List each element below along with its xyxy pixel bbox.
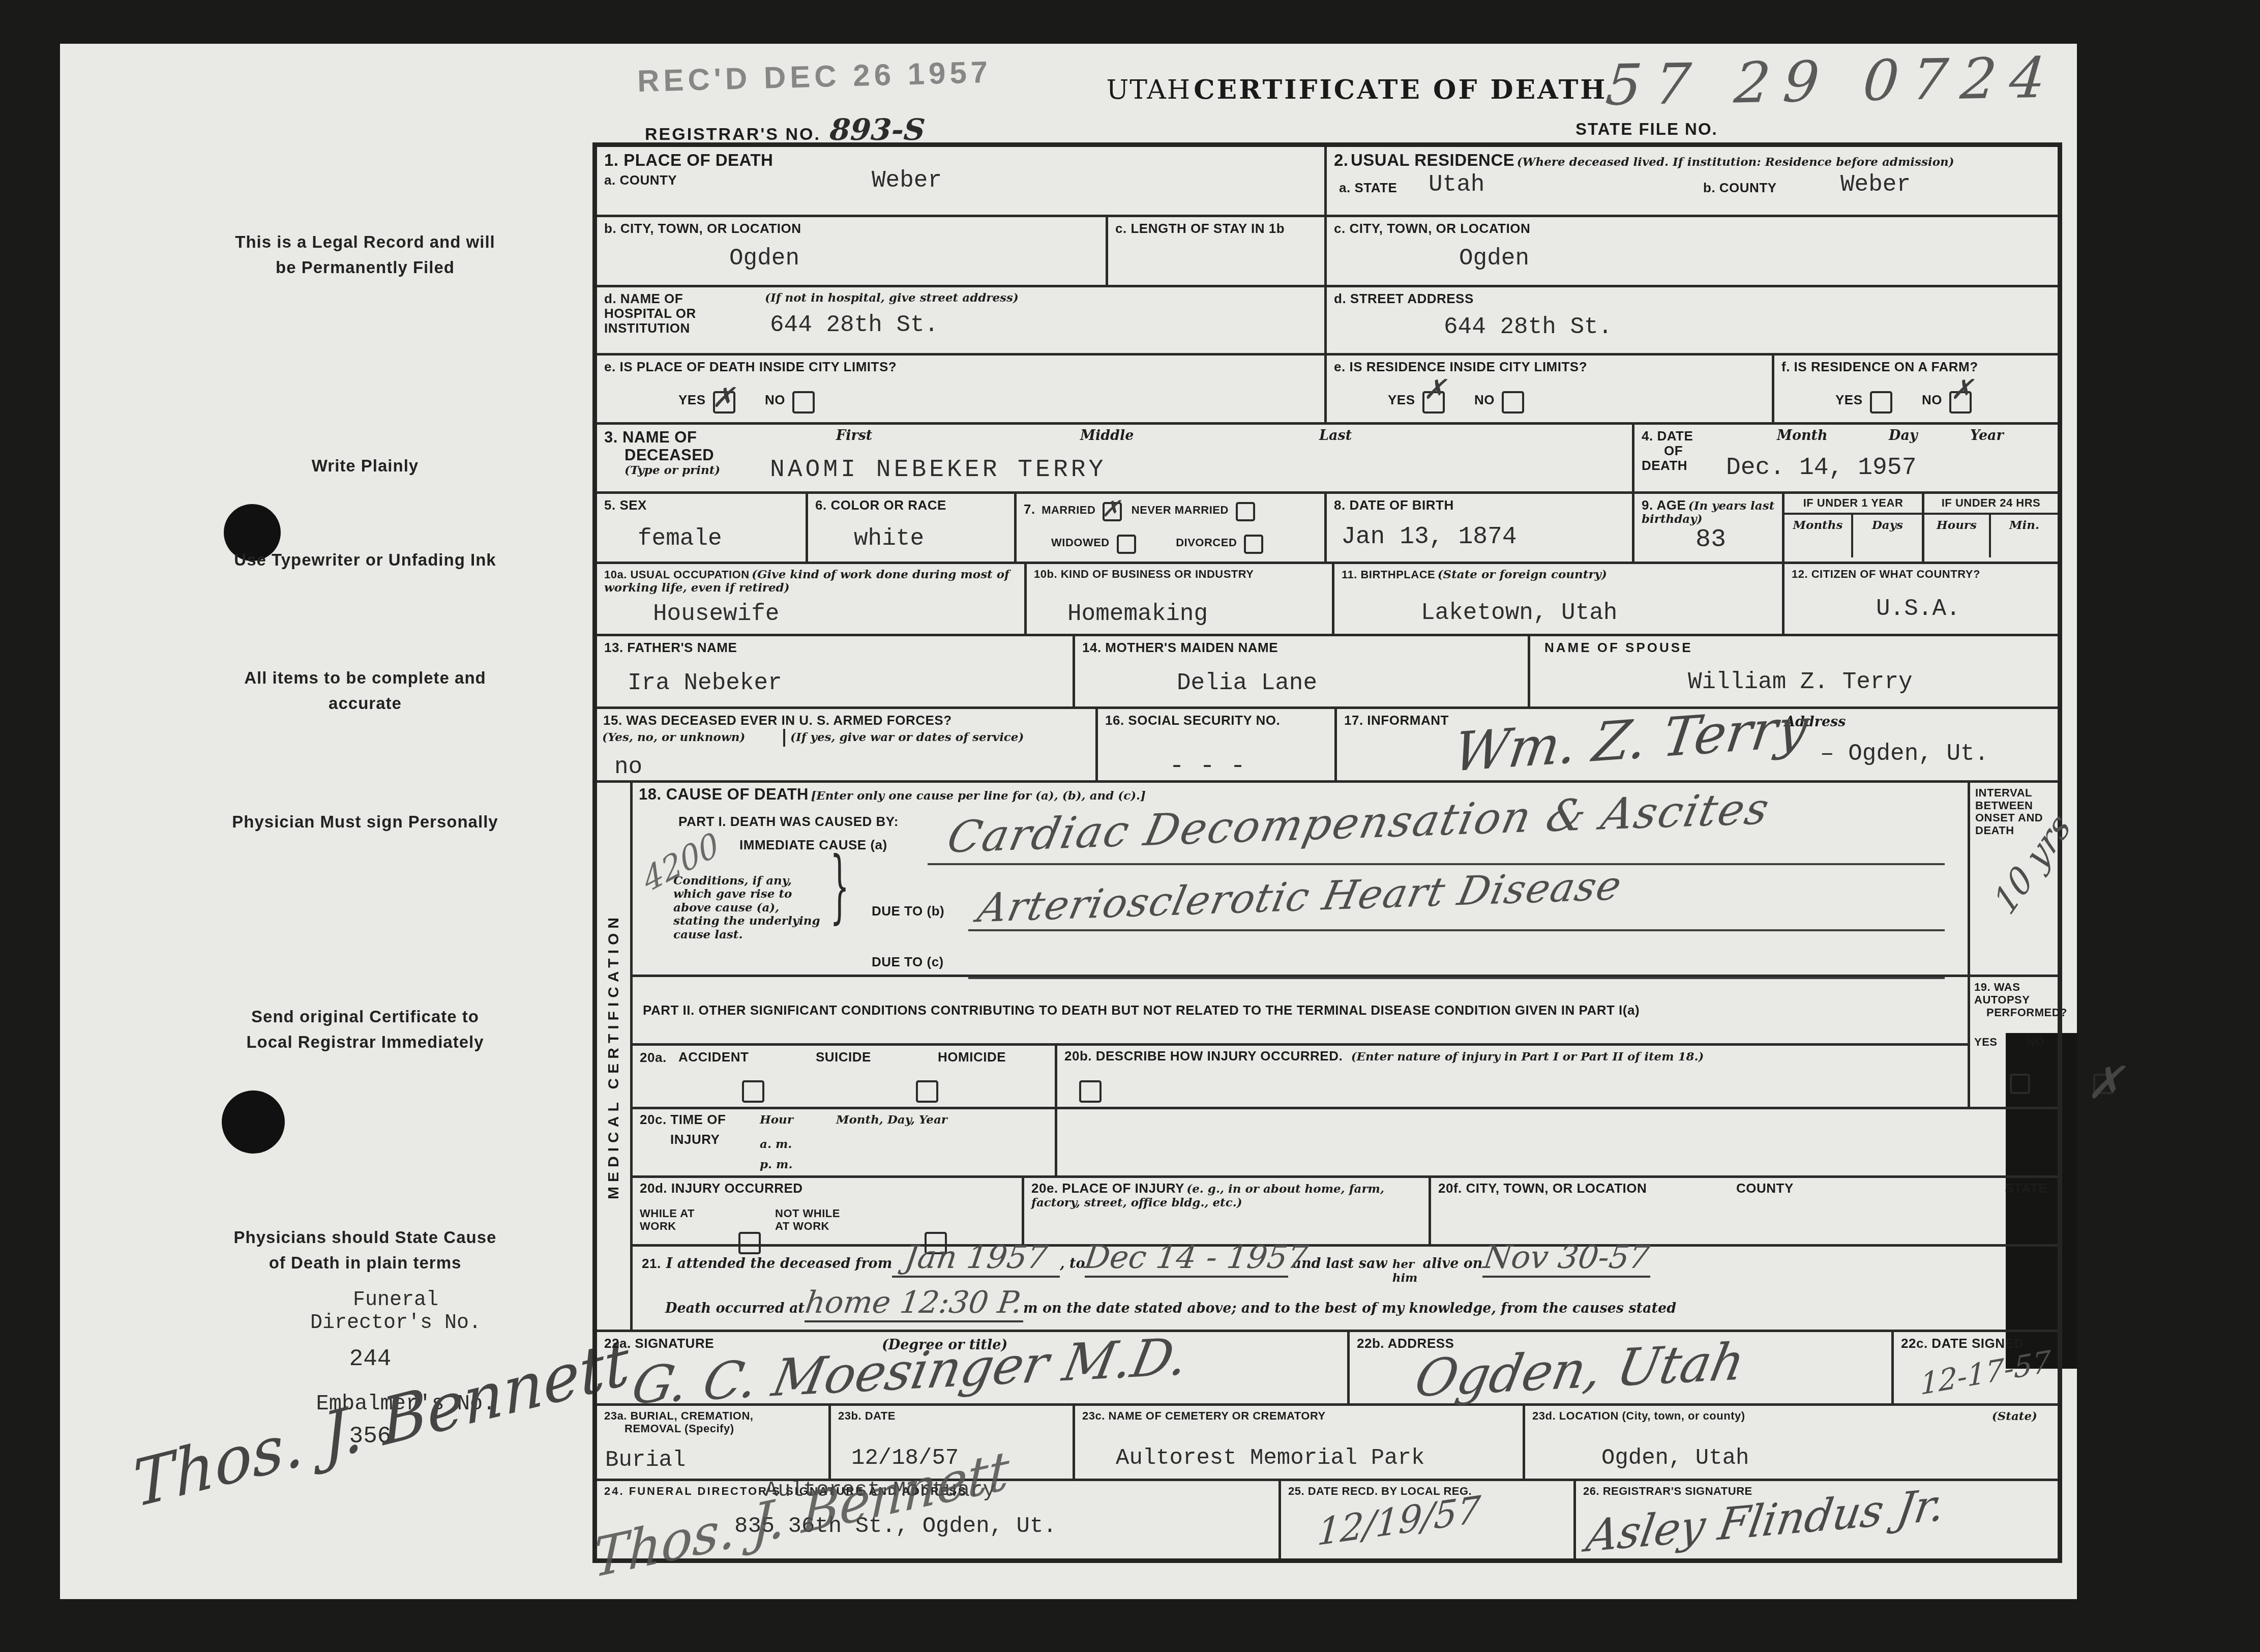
residence-city-value: Ogden bbox=[1459, 245, 1529, 272]
cause-b-line bbox=[968, 929, 1945, 931]
spouse-name-value: William Z. Terry bbox=[1688, 669, 1913, 695]
brace-glyph: } bbox=[830, 841, 849, 933]
form-title-state: UTAH bbox=[1107, 75, 1192, 105]
sex-value: female bbox=[638, 525, 722, 552]
autopsy-yes-checkbox bbox=[2010, 1074, 2030, 1094]
county-label: a. COUNTY bbox=[604, 173, 1317, 188]
due-to-b-value: Arteriosclerotic Heart Disease bbox=[974, 863, 1626, 932]
field-date-received: 25. DATE RECD. BY LOCAL REG. 12/19/57 bbox=[1281, 1481, 1576, 1558]
part2-and-injury-block: PART II. OTHER SIGNIFICANT CONDITIONS CO… bbox=[633, 977, 2058, 1109]
field-birthplace: 11. BIRTHPLACE (State or foreign country… bbox=[1334, 564, 1785, 634]
margin-note-write-plainly: Write Plainly bbox=[228, 453, 502, 479]
field-usual-occupation: 10a. USUAL OCCUPATION (Give kind of work… bbox=[597, 564, 1027, 634]
cemetery-name-value: Aultorest Memorial Park bbox=[1116, 1445, 1424, 1471]
date-of-death-value: Dec. 14, 1957 bbox=[1726, 454, 1916, 482]
injury-county-label: COUNTY bbox=[1736, 1181, 1794, 1196]
row-physician-signature: 22a. SIGNATURE (Degree or title) G. C. M… bbox=[597, 1332, 2058, 1406]
field-date-signed: 22c. DATE SIGNED 12-17-57 bbox=[1894, 1332, 2058, 1403]
field-attended-statement: 21. I attended the deceased from Jan 195… bbox=[633, 1247, 2058, 1330]
farm-yes-checkbox bbox=[1870, 391, 1892, 414]
her-him-stack: her him bbox=[1392, 1258, 1418, 1285]
row-injury-place: 20d. INJURY OCCURRED WHILE ATWORK NOT WH… bbox=[633, 1178, 2058, 1247]
margin-note-legal-record: This is a Legal Record and will be Perma… bbox=[228, 229, 502, 280]
field-marital-status: 7. MARRIED✗ NEVER MARRIED WIDOWED DIVORC… bbox=[1017, 494, 1327, 562]
field-residence-city: c. CITY, TOWN, OR LOCATION Ogden bbox=[1327, 217, 2058, 285]
state-note: (State) bbox=[1992, 1410, 2037, 1423]
medical-certification-vertical-label: MEDICAL CERTIFICATION bbox=[605, 913, 622, 1199]
race-value: white bbox=[854, 525, 924, 552]
field-cemetery-location: 23d. LOCATION (City, town, or county) (S… bbox=[1525, 1406, 2058, 1479]
row-place-residence: 1. PLACE OF DEATH a. COUNTY Weber 2. USU… bbox=[597, 147, 2058, 217]
field-place-of-injury: 20e. PLACE OF INJURY (e. g., in or about… bbox=[1024, 1178, 1431, 1244]
hours-subheader: Hours bbox=[1924, 515, 1991, 557]
row-funeral-registrar: 24. FUNERAL DIRECTOR'S SIGNATURE AND ADD… bbox=[597, 1481, 2058, 1558]
burial-type-value: Burial bbox=[605, 1448, 686, 1473]
funeral-director-no-label: Funeral Director's No. bbox=[279, 1289, 513, 1335]
place-city-value: Ogden bbox=[729, 245, 799, 272]
margin-note-typewriter: Use Typewriter or Unfading Ink bbox=[228, 547, 502, 573]
deceased-name-value: NAOMI NEBEKER TERRY bbox=[770, 456, 1106, 484]
row-forces-ssn-informant: 15. WAS DECEASED EVER IN U. S. ARMED FOR… bbox=[597, 709, 2058, 783]
married-checkbox: ✗ bbox=[1103, 502, 1122, 521]
birthplace-value: Laketown, Utah bbox=[1421, 600, 1617, 626]
row-demographics: 5. SEX female 6. COLOR OR RACE white 7. … bbox=[597, 494, 2058, 564]
field-usual-residence: 2. USUAL RESIDENCE (Where deceased lived… bbox=[1327, 147, 2058, 215]
cemetery-location-value: Ogden, Utah bbox=[1601, 1445, 1749, 1471]
father-name-value: Ira Nebeker bbox=[628, 670, 782, 696]
row-burial: 23a. BURIAL, CREMATION, REMOVAL (Specify… bbox=[597, 1406, 2058, 1481]
informant-address-value: – Ogden, Ut. bbox=[1820, 741, 1988, 767]
x-mark-icon: ✗ bbox=[1423, 376, 1446, 403]
field-citizen-country: 12. CITIZEN OF WHAT COUNTRY? U.S.A. bbox=[1785, 564, 2058, 634]
field-color-race: 6. COLOR OR RACE white bbox=[808, 494, 1017, 562]
field-interval-onset-death: INTERVAL BETWEEN ONSET AND DEATH 10 yrs bbox=[1968, 783, 2058, 975]
row-city-limits: e. IS PLACE OF DEATH INSIDE CITY LIMITS?… bbox=[597, 356, 2058, 425]
never-married-checkbox bbox=[1236, 502, 1255, 521]
field-place-of-death-county: 1. PLACE OF DEATH a. COUNTY Weber bbox=[597, 147, 1327, 215]
field-if-under-24-hrs: IF UNDER 24 HRS Hours Min. bbox=[1924, 494, 2058, 562]
field-residence-on-farm: f. IS RESIDENCE ON A FARM? YES NO✗ bbox=[1774, 356, 2058, 422]
medical-certification-section: MEDICAL CERTIFICATION 18. CAUSE OF DEATH… bbox=[597, 783, 2058, 1332]
death-occurred-fill: home 12:30 P. bbox=[805, 1298, 1023, 1322]
residence-state-label: a. STATE bbox=[1339, 181, 1397, 195]
row-city-town: b. CITY, TOWN, OR LOCATION Ogden c. LENG… bbox=[597, 217, 2058, 287]
funeral-director-no-value: 244 bbox=[279, 1346, 462, 1372]
attended-from-fill: Jan 1957 bbox=[892, 1254, 1060, 1278]
date-signed-value: 12-17-57 bbox=[1920, 1344, 2051, 1402]
attended-to-fill: Dec 14 - 1957 bbox=[1085, 1254, 1288, 1278]
age-value: 83 bbox=[1696, 525, 1726, 554]
residence-county-label: b. COUNTY bbox=[1703, 181, 1777, 195]
field-length-of-stay: c. LENGTH OF STAY IN 1b bbox=[1108, 217, 1327, 285]
divorced-checkbox bbox=[1244, 535, 1263, 554]
due-to-c-label: DUE TO (c) bbox=[872, 955, 944, 969]
residence-limits-yes-checkbox: ✗ bbox=[1422, 391, 1445, 414]
death-limits-no-checkbox bbox=[792, 391, 815, 414]
field-accident-suicide-homicide: 20a. ACCIDENT SUICIDE HOMICIDE bbox=[633, 1046, 1057, 1106]
medical-certification-strip: MEDICAL CERTIFICATION bbox=[597, 783, 633, 1330]
row-address: d. NAME OF HOSPITAL OR INSTITUTION (If n… bbox=[597, 287, 2058, 356]
field-street-address: d. STREET ADDRESS 644 28th St. bbox=[1327, 287, 2058, 353]
row-parents-spouse: 13. FATHER'S NAME Ira Nebeker 14. MOTHER… bbox=[597, 636, 2058, 709]
field-death-inside-limits: e. IS PLACE OF DEATH INSIDE CITY LIMITS?… bbox=[597, 356, 1327, 422]
hospital-note: (If not in hospital, give street address… bbox=[765, 291, 1019, 305]
ssn-value: - - - bbox=[1169, 752, 1245, 781]
state-file-no-value: 57 29 0724 bbox=[1603, 45, 2061, 118]
field-funeral-director: 24. FUNERAL DIRECTOR'S SIGNATURE AND ADD… bbox=[597, 1481, 1281, 1558]
cause-a-line bbox=[928, 863, 1945, 865]
last-seen-fill: Nov 30-57 bbox=[1482, 1254, 1650, 1278]
field-injury-occurred: 20d. INJURY OCCURRED WHILE ATWORK NOT WH… bbox=[633, 1178, 1024, 1244]
row-name-dod: 3. NAME OF DECEASED (Type or print) Firs… bbox=[597, 425, 2058, 494]
death-limits-yes-checkbox: ✗ bbox=[713, 391, 735, 414]
min-subheader: Min. bbox=[1991, 515, 2058, 557]
certificate-form: 1. PLACE OF DEATH a. COUNTY Weber 2. USU… bbox=[592, 142, 2062, 1563]
registrar-no-value: 893-S bbox=[829, 112, 927, 147]
forces-note-2: (If yes, give war or dates of service) bbox=[785, 729, 1095, 746]
date-of-birth-value: Jan 13, 1874 bbox=[1341, 523, 1517, 551]
field-cemetery-name: 23c. NAME OF CEMETERY OR CREMATORY Aulto… bbox=[1075, 1406, 1525, 1479]
margin-note-physician-sign: Physician Must sign Personally bbox=[228, 809, 502, 835]
citizen-value: U.S.A. bbox=[1876, 596, 1960, 622]
street-address-value: 644 28th St. bbox=[1444, 314, 1612, 340]
last-name-header: Last bbox=[1319, 428, 1352, 444]
immediate-cause-label: IMMEDIATE CAUSE (a) bbox=[739, 838, 887, 852]
field-burial-type: 23a. BURIAL, CREMATION, REMOVAL (Specify… bbox=[597, 1406, 831, 1479]
field-name-of-deceased: 3. NAME OF DECEASED (Type or print) Firs… bbox=[597, 425, 1634, 491]
field-sex: 5. SEX female bbox=[597, 494, 808, 562]
margin-note-send-original: Send original Certificate to Local Regis… bbox=[228, 1004, 502, 1054]
registrar-no-line: REGISTRAR'S NO. 893-S bbox=[645, 112, 925, 147]
row-time-of-injury: 20c. TIME OF INJURY Hour a. m. p. m. Mon… bbox=[633, 1109, 2058, 1178]
forces-note-1: (Yes, no, or unknown) bbox=[597, 729, 785, 746]
field-registrar-signature: 26. REGISTRAR'S SIGNATURE Asley Flindus … bbox=[1576, 1481, 2058, 1558]
hospital-street-value: 644 28th St. bbox=[770, 312, 938, 338]
field-armed-forces: 15. WAS DECEASED EVER IN U. S. ARMED FOR… bbox=[597, 709, 1098, 780]
month-header: Month bbox=[1777, 428, 1828, 444]
residence-county-value: Weber bbox=[1840, 171, 1911, 198]
certificate-paper: This is a Legal Record and will be Perma… bbox=[60, 44, 2077, 1599]
row-occupation: 10a. USUAL OCCUPATION (Give kind of work… bbox=[597, 564, 2058, 636]
time-of-injury-blank bbox=[1057, 1109, 2058, 1176]
field-date-of-death: 4. DATE OF DEATH Month Day Year Dec. 14,… bbox=[1634, 425, 2058, 491]
punch-hole-bottom bbox=[222, 1090, 285, 1154]
field-injury-city: 20f. CITY, TOWN, OR LOCATION COUNTY STAT… bbox=[1431, 1178, 2058, 1244]
field-spouse-name: NAME OF SPOUSE William Z. Terry bbox=[1530, 636, 2058, 706]
suicide-checkbox bbox=[916, 1080, 938, 1103]
armed-forces-value: no bbox=[614, 754, 642, 780]
year-header: Year bbox=[1970, 428, 2004, 444]
farm-no-checkbox: ✗ bbox=[1949, 391, 1972, 414]
accident-checkbox bbox=[742, 1080, 764, 1103]
due-to-b-label: DUE TO (b) bbox=[872, 904, 944, 919]
x-mark-icon: ✗ bbox=[712, 384, 735, 411]
mother-name-value: Delia Lane bbox=[1177, 670, 1317, 696]
place-county-value: Weber bbox=[872, 167, 942, 194]
middle-name-header: Middle bbox=[1080, 428, 1134, 444]
field-physician-address: 22b. ADDRESS Ogden, Utah bbox=[1350, 1332, 1894, 1403]
conditions-note: Conditions, if any, which gave rise to a… bbox=[673, 874, 826, 941]
injury-state-label: STATE bbox=[2005, 1181, 2047, 1196]
day-header: Day bbox=[1889, 428, 1918, 444]
scanned-death-certificate: This is a Legal Record and will be Perma… bbox=[0, 0, 2260, 1652]
field-time-of-injury: 20c. TIME OF INJURY Hour a. m. p. m. Mon… bbox=[633, 1109, 1057, 1176]
registrar-no-label: REGISTRAR'S NO. bbox=[645, 125, 821, 144]
first-name-header: First bbox=[836, 428, 872, 444]
occupation-value: Housewife bbox=[653, 601, 779, 627]
field-if-under-1-year: IF UNDER 1 YEAR Months Days bbox=[1785, 494, 1924, 562]
state-file-no-label: STATE FILE NO. bbox=[1575, 120, 1718, 139]
x-mark-icon: ✗ bbox=[2086, 1060, 2124, 1105]
informant-signature: Wm. Z. Terry bbox=[1450, 696, 1812, 784]
autopsy-no-checkbox: ✗ bbox=[2093, 1074, 2114, 1094]
field-cause-of-death: 18. CAUSE OF DEATH [Enter only one cause… bbox=[633, 783, 2058, 977]
field-date-of-birth: 8. DATE OF BIRTH Jan 13, 1874 bbox=[1327, 494, 1634, 562]
field-place-city: b. CITY, TOWN, OR LOCATION Ogden bbox=[597, 217, 1108, 285]
industry-value: Homemaking bbox=[1067, 601, 1208, 627]
field-social-security: 16. SOCIAL SECURITY NO. - - - bbox=[1098, 709, 1337, 780]
widowed-checkbox bbox=[1117, 535, 1136, 554]
received-date-stamp: REC'D DEC 26 1957 bbox=[637, 54, 992, 99]
field-part2-conditions: PART II. OTHER SIGNIFICANT CONDITIONS CO… bbox=[633, 977, 1968, 1046]
cause-c-line bbox=[968, 977, 1945, 979]
days-subheader: Days bbox=[1853, 515, 1922, 557]
physician-address-value: Ogden, Utah bbox=[1410, 1331, 1750, 1408]
form-title: UTAH CERTIFICATE OF DEATH bbox=[1052, 74, 1662, 105]
field-residence-inside-limits: e. IS RESIDENCE INSIDE CITY LIMITS? YES✗… bbox=[1327, 356, 1774, 422]
field-business-industry: 10b. KIND OF BUSINESS OR INDUSTRY Homema… bbox=[1027, 564, 1334, 634]
x-mark-icon: ✗ bbox=[1950, 376, 1973, 403]
field-mother-maiden-name: 14. MOTHER'S MAIDEN NAME Delia Lane bbox=[1075, 636, 1530, 706]
margin-note-complete: All items to be complete and accurate bbox=[228, 665, 502, 716]
residence-limits-no-checkbox bbox=[1502, 391, 1524, 414]
field-age: 9. AGE (In years last birthday) 83 bbox=[1634, 494, 1785, 562]
field-father-name: 13. FATHER'S NAME Ira Nebeker bbox=[597, 636, 1075, 706]
field-informant: 17. INFORMANT Address Wm. Z. Terry – Ogd… bbox=[1337, 709, 2058, 780]
field-autopsy: 19. WAS AUTOPSY PERFORMED? YES NO ✗ bbox=[1968, 977, 2058, 1106]
form-title-main: CERTIFICATE OF DEATH bbox=[1194, 74, 1607, 105]
field-describe-injury: 20b. DESCRIBE HOW INJURY OCCURRED. (Ente… bbox=[1057, 1046, 1968, 1106]
x-mark-icon: ✗ bbox=[1102, 498, 1120, 520]
field-physician-signature: 22a. SIGNATURE (Degree or title) G. C. M… bbox=[597, 1332, 1350, 1403]
residence-state-value: Utah bbox=[1429, 171, 1484, 198]
months-subheader: Months bbox=[1785, 515, 1853, 557]
field-hospital-name: d. NAME OF HOSPITAL OR INSTITUTION (If n… bbox=[597, 287, 1327, 353]
margin-note-plain-terms: Physicians should State Cause of Death i… bbox=[228, 1225, 502, 1275]
